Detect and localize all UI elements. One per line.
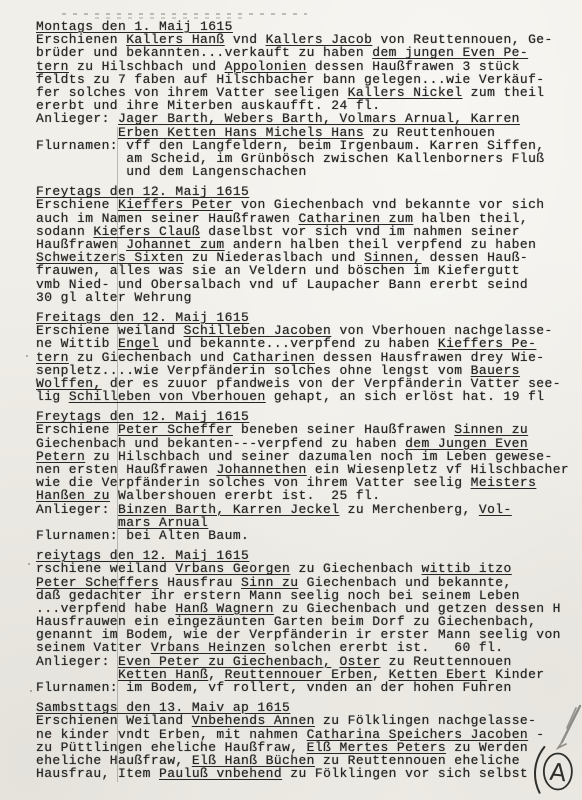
underlined-name: Pauluß vnbehend bbox=[159, 766, 282, 781]
text-line: vmb Nied- und Obersalbach vnd uf Laupach… bbox=[36, 278, 578, 291]
text-line: Flurnamen: bei Alten Baum. bbox=[36, 529, 578, 542]
underlined-name: Meisters bbox=[471, 475, 537, 490]
text-line: Peter Scheffers Hausfrau Sinn zu Giechen… bbox=[36, 576, 578, 589]
record-entry: Montags den 1. Maij 1615Erschienen Kalle… bbox=[36, 20, 578, 178]
text-line: frauwen, alles was sie an Veldern und bö… bbox=[36, 264, 578, 277]
text-line: Erben Ketten Hans Michels Hans zu Reutte… bbox=[36, 126, 578, 139]
text-line: und dem Langenschachen bbox=[36, 165, 578, 178]
page-mark-letter: A bbox=[548, 758, 568, 788]
scan-noise-row bbox=[62, 13, 307, 15]
record-entry: Freytags den 12. Maij 1615Erschiene Pete… bbox=[36, 410, 578, 542]
text-line: Flurnamen: vff den Langfeldern, beim Irg… bbox=[36, 139, 578, 152]
text-line: Flurnamen: im Bodem, vf rollert, vnden a… bbox=[36, 681, 578, 694]
text-line: mars Arnual bbox=[36, 516, 578, 529]
record-entry: Sambsttags den 13. Maiv ap 1615Erschiene… bbox=[36, 701, 578, 780]
text-line: tern zu Hilschbach und Appolonien dessen… bbox=[36, 60, 578, 73]
document-body: Montags den 1. Maij 1615Erschienen Kalle… bbox=[36, 20, 578, 780]
record-entry: reiytags den 12. Maij 1615rschiene weila… bbox=[36, 549, 578, 694]
record-entry: Freytags den 12. Maij 1615Erschiene Kief… bbox=[36, 185, 578, 304]
text-line: feldts zu 7 faben auf Hilschbacher bann … bbox=[36, 73, 578, 86]
text-line: daß gedachter ihr erstern Mann seelig no… bbox=[36, 589, 578, 602]
ink-speck bbox=[30, 690, 32, 692]
text-line: senpletz....wie Verpfänderin solches ohn… bbox=[36, 364, 578, 377]
record-entry: Freitags den 12. Maij 1615Erschiene weil… bbox=[36, 311, 578, 403]
text-line: Giechenbach und bekanten---verpfend zu h… bbox=[36, 437, 578, 450]
underlined-name: Schilleben von Vberhouen bbox=[69, 389, 266, 404]
ink-speck bbox=[28, 563, 30, 565]
scanned-page: Montags den 1. Maij 1615Erschienen Kalle… bbox=[0, 0, 582, 800]
text-line: 30 gl alter Wehrung bbox=[36, 291, 578, 304]
underlined-name: Vol- bbox=[479, 502, 512, 517]
ink-speck bbox=[26, 355, 28, 357]
text-line: lig Schilleben von Vberhouen gehapt, an … bbox=[36, 390, 578, 403]
page-annotation-mark: A bbox=[525, 740, 581, 800]
text-line: brüder und bekannten...verkauft zu haben… bbox=[36, 46, 578, 59]
text-line: Hausfrau, Item Pauluß vnbehend zu Fölkli… bbox=[36, 767, 578, 780]
